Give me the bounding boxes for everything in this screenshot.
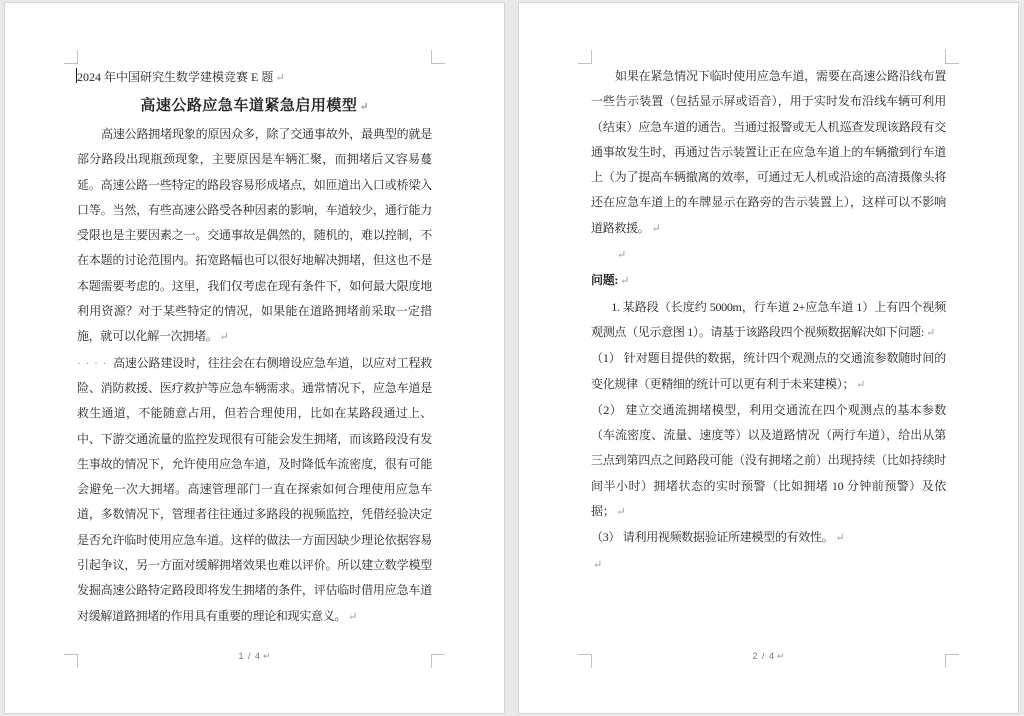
- paragraph-mark: ↵: [359, 101, 368, 113]
- document-canvas: { "marks": { "pilcrow": "↵", "space_dots…: [0, 0, 1024, 716]
- body-paragraph[interactable]: 高速公路拥堵现象的原因众多，除了交通事故外，最典型的就是部分路段出现瓶颈现象，主…: [77, 122, 432, 351]
- page-number-text: 2 / 4: [752, 651, 775, 661]
- paragraph-text: 高速公路建设时，往往会在右侧增设应急车道，以应对工程救险、消防救援、医疗救护等应…: [77, 356, 432, 623]
- paragraph-mark: ↵: [348, 611, 357, 623]
- paragraph-mark: ↵: [620, 275, 629, 287]
- document-page-2[interactable]: 如果在紧急情况下临时使用应急车道，需要在高速公路沿线布置一些告示装置（包括显示屏…: [518, 2, 1019, 714]
- paragraph-text: （3） 请利用视频数据验证所建模型的有效性。: [591, 530, 833, 544]
- question-1-paragraph[interactable]: （1） 针对题目提供的数据，统计四个观测点的交通流参数随时间的变化规律（更精细的…: [591, 346, 946, 398]
- margin-corner-mark: [64, 50, 78, 64]
- body-paragraph[interactable]: ····高速公路建设时，往往会在右侧增设应急车道，以应对工程救险、消防救援、医疗…: [77, 351, 432, 630]
- paragraph-mark: ↵: [926, 327, 935, 339]
- document-title-text: 高速公路应急车道紧急启用模型: [140, 98, 357, 114]
- empty-paragraph[interactable]: ↵: [591, 242, 946, 268]
- paragraph-mark: ↵: [263, 651, 271, 661]
- paragraph-mark: ↵: [616, 506, 625, 518]
- space-marks: ····: [77, 356, 111, 370]
- paragraph-mark: ↵: [219, 331, 228, 343]
- paragraph-text: （1） 针对题目提供的数据，统计四个观测点的交通流参数随时间的变化规律（更精细的…: [591, 351, 946, 390]
- page-2-text-area[interactable]: 如果在紧急情况下临时使用应急车道，需要在高速公路沿线布置一些告示装置（包括显示屏…: [591, 64, 946, 578]
- question-intro-paragraph[interactable]: 1. 某路段（长度约 5000m，行车道 2+应急车道 1）上有四个视频观测点（…: [591, 295, 946, 347]
- margin-corner-mark: [945, 654, 959, 668]
- margin-corner-mark: [578, 654, 592, 668]
- page-1-text-area[interactable]: 2024 年中国研究生数学建模竞赛 E 题↵ 高速公路应急车道紧急启用模型↵ 高…: [77, 64, 432, 630]
- paragraph-mark: ↵: [856, 379, 865, 391]
- page-number-text: 1 / 4: [238, 651, 261, 661]
- paragraph-text: 高速公路拥堵现象的原因众多，除了交通事故外，最典型的就是部分路段出现瓶颈现象，主…: [77, 127, 432, 343]
- paragraph-mark: ↵: [652, 223, 661, 235]
- paragraph-text: （2） 建立交通流拥堵模型，利用交通流在四个观测点的基本参数（车流密度、流量、速…: [591, 403, 946, 518]
- paragraph-text: 如果在紧急情况下临时使用应急车道，需要在高速公路沿线布置一些告示装置（包括显示屏…: [591, 69, 946, 235]
- question-2-paragraph[interactable]: （2） 建立交通流拥堵模型，利用交通流在四个观测点的基本参数（车流密度、流量、速…: [591, 398, 946, 525]
- problem-label-text: 问题:: [591, 273, 618, 287]
- body-paragraph[interactable]: 如果在紧急情况下临时使用应急车道，需要在高速公路沿线布置一些告示装置（包括显示屏…: [591, 64, 946, 242]
- paragraph-mark: ↵: [835, 532, 844, 544]
- contest-header-text: 2024 年中国研究生数学建模竞赛 E 题: [77, 70, 273, 84]
- margin-corner-mark: [578, 50, 592, 64]
- margin-corner-mark: [431, 50, 445, 64]
- contest-header-line[interactable]: 2024 年中国研究生数学建模竞赛 E 题↵: [77, 64, 432, 91]
- document-page-1[interactable]: 2024 年中国研究生数学建模竞赛 E 题↵ 高速公路应急车道紧急启用模型↵ 高…: [4, 2, 505, 714]
- document-title[interactable]: 高速公路应急车道紧急启用模型↵: [77, 91, 432, 122]
- page-number-footer: 1 / 4↵: [77, 651, 432, 662]
- paragraph-mark: ↵: [593, 559, 602, 571]
- paragraph-mark: ↵: [275, 72, 284, 84]
- paragraph-mark: ↵: [617, 249, 626, 261]
- paragraph-text: 1. 某路段（长度约 5000m，行车道 2+应急车道 1）上有四个视频观测点（…: [591, 300, 946, 339]
- page-number-footer: 2 / 4↵: [591, 651, 946, 662]
- empty-paragraph[interactable]: ↵: [591, 552, 946, 578]
- problem-heading[interactable]: 问题:↵: [591, 268, 946, 294]
- margin-corner-mark: [64, 654, 78, 668]
- margin-corner-mark: [945, 50, 959, 64]
- paragraph-mark: ↵: [777, 651, 785, 661]
- margin-corner-mark: [431, 654, 445, 668]
- question-3-paragraph[interactable]: （3） 请利用视频数据验证所建模型的有效性。↵: [591, 525, 946, 551]
